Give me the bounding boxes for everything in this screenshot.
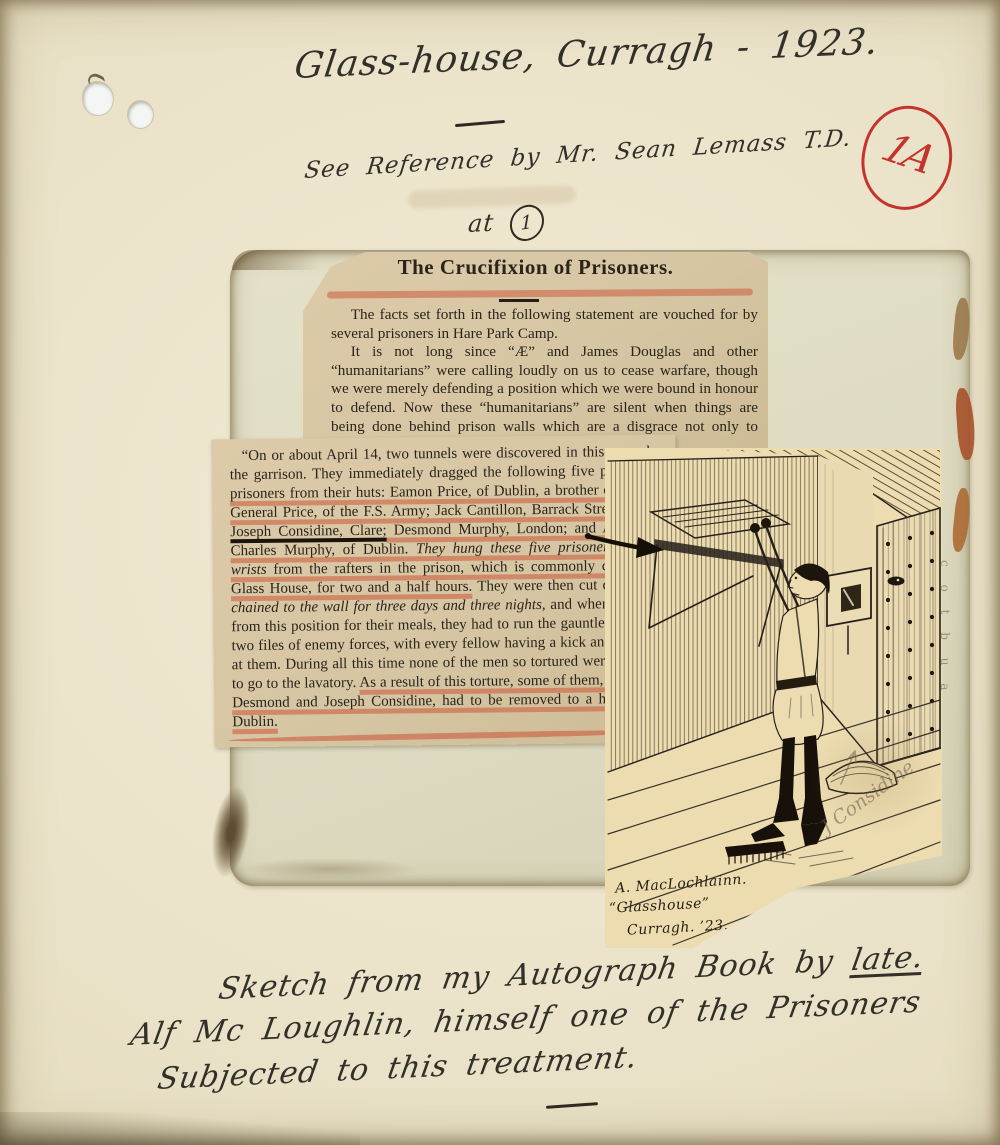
scrub-brush (725, 841, 786, 864)
clipping-headline: The Crucifixion of Prisoners. (309, 255, 762, 280)
statement-segment-ink-underlined: Joseph Considine, Clare; (230, 523, 386, 541)
reference-number-circle: 1 (510, 202, 545, 243)
scanned-scrapbook-page: Glass-house, Curragh - 1923. See Referen… (0, 0, 1000, 1145)
bottom-note-underlined-word: late. (849, 940, 927, 979)
bleed-through-text: c o t b u a (938, 560, 952, 700)
reference-at-label: at (467, 209, 495, 239)
statement-segment-red-underlined: prisoners from their huts: Eamon Price, … (230, 482, 662, 522)
page-title-handwriting: Glass-house, Curragh - 1923. (292, 21, 882, 87)
reference-note-handwriting: See Reference by Mr. Sean Lemass T.D. (303, 125, 853, 184)
punch-hole (83, 82, 113, 115)
ink-bleed-smudge (408, 185, 577, 209)
red-underline-swash (327, 289, 753, 299)
punch-hole (128, 101, 153, 128)
title-underline-flourish (455, 120, 505, 127)
reference-at-line: at1 (466, 204, 545, 244)
clipping-paragraph: The facts set forth in the following sta… (331, 306, 758, 343)
archival-mark-label: 1A (874, 126, 940, 182)
statement-segment-italic: chained to the wall for three days and t… (231, 597, 542, 616)
ink-arrow (584, 528, 670, 568)
headline-rule (499, 299, 539, 302)
bottom-note-dash (546, 1102, 598, 1109)
newspaper-clipping-headline: The Crucifixion of Prisoners. The facts … (303, 252, 768, 456)
statement-segment: “On or about April 14, two tunnels were … (230, 444, 662, 484)
scan-corner-shadow (0, 1112, 360, 1145)
clipping-statement-text: “On or about April 14, two tunnels were … (229, 443, 664, 733)
door-peephole (888, 577, 905, 586)
archival-mark-circle: 1A (851, 97, 962, 219)
bound-hands (750, 523, 760, 533)
boot (773, 737, 799, 823)
